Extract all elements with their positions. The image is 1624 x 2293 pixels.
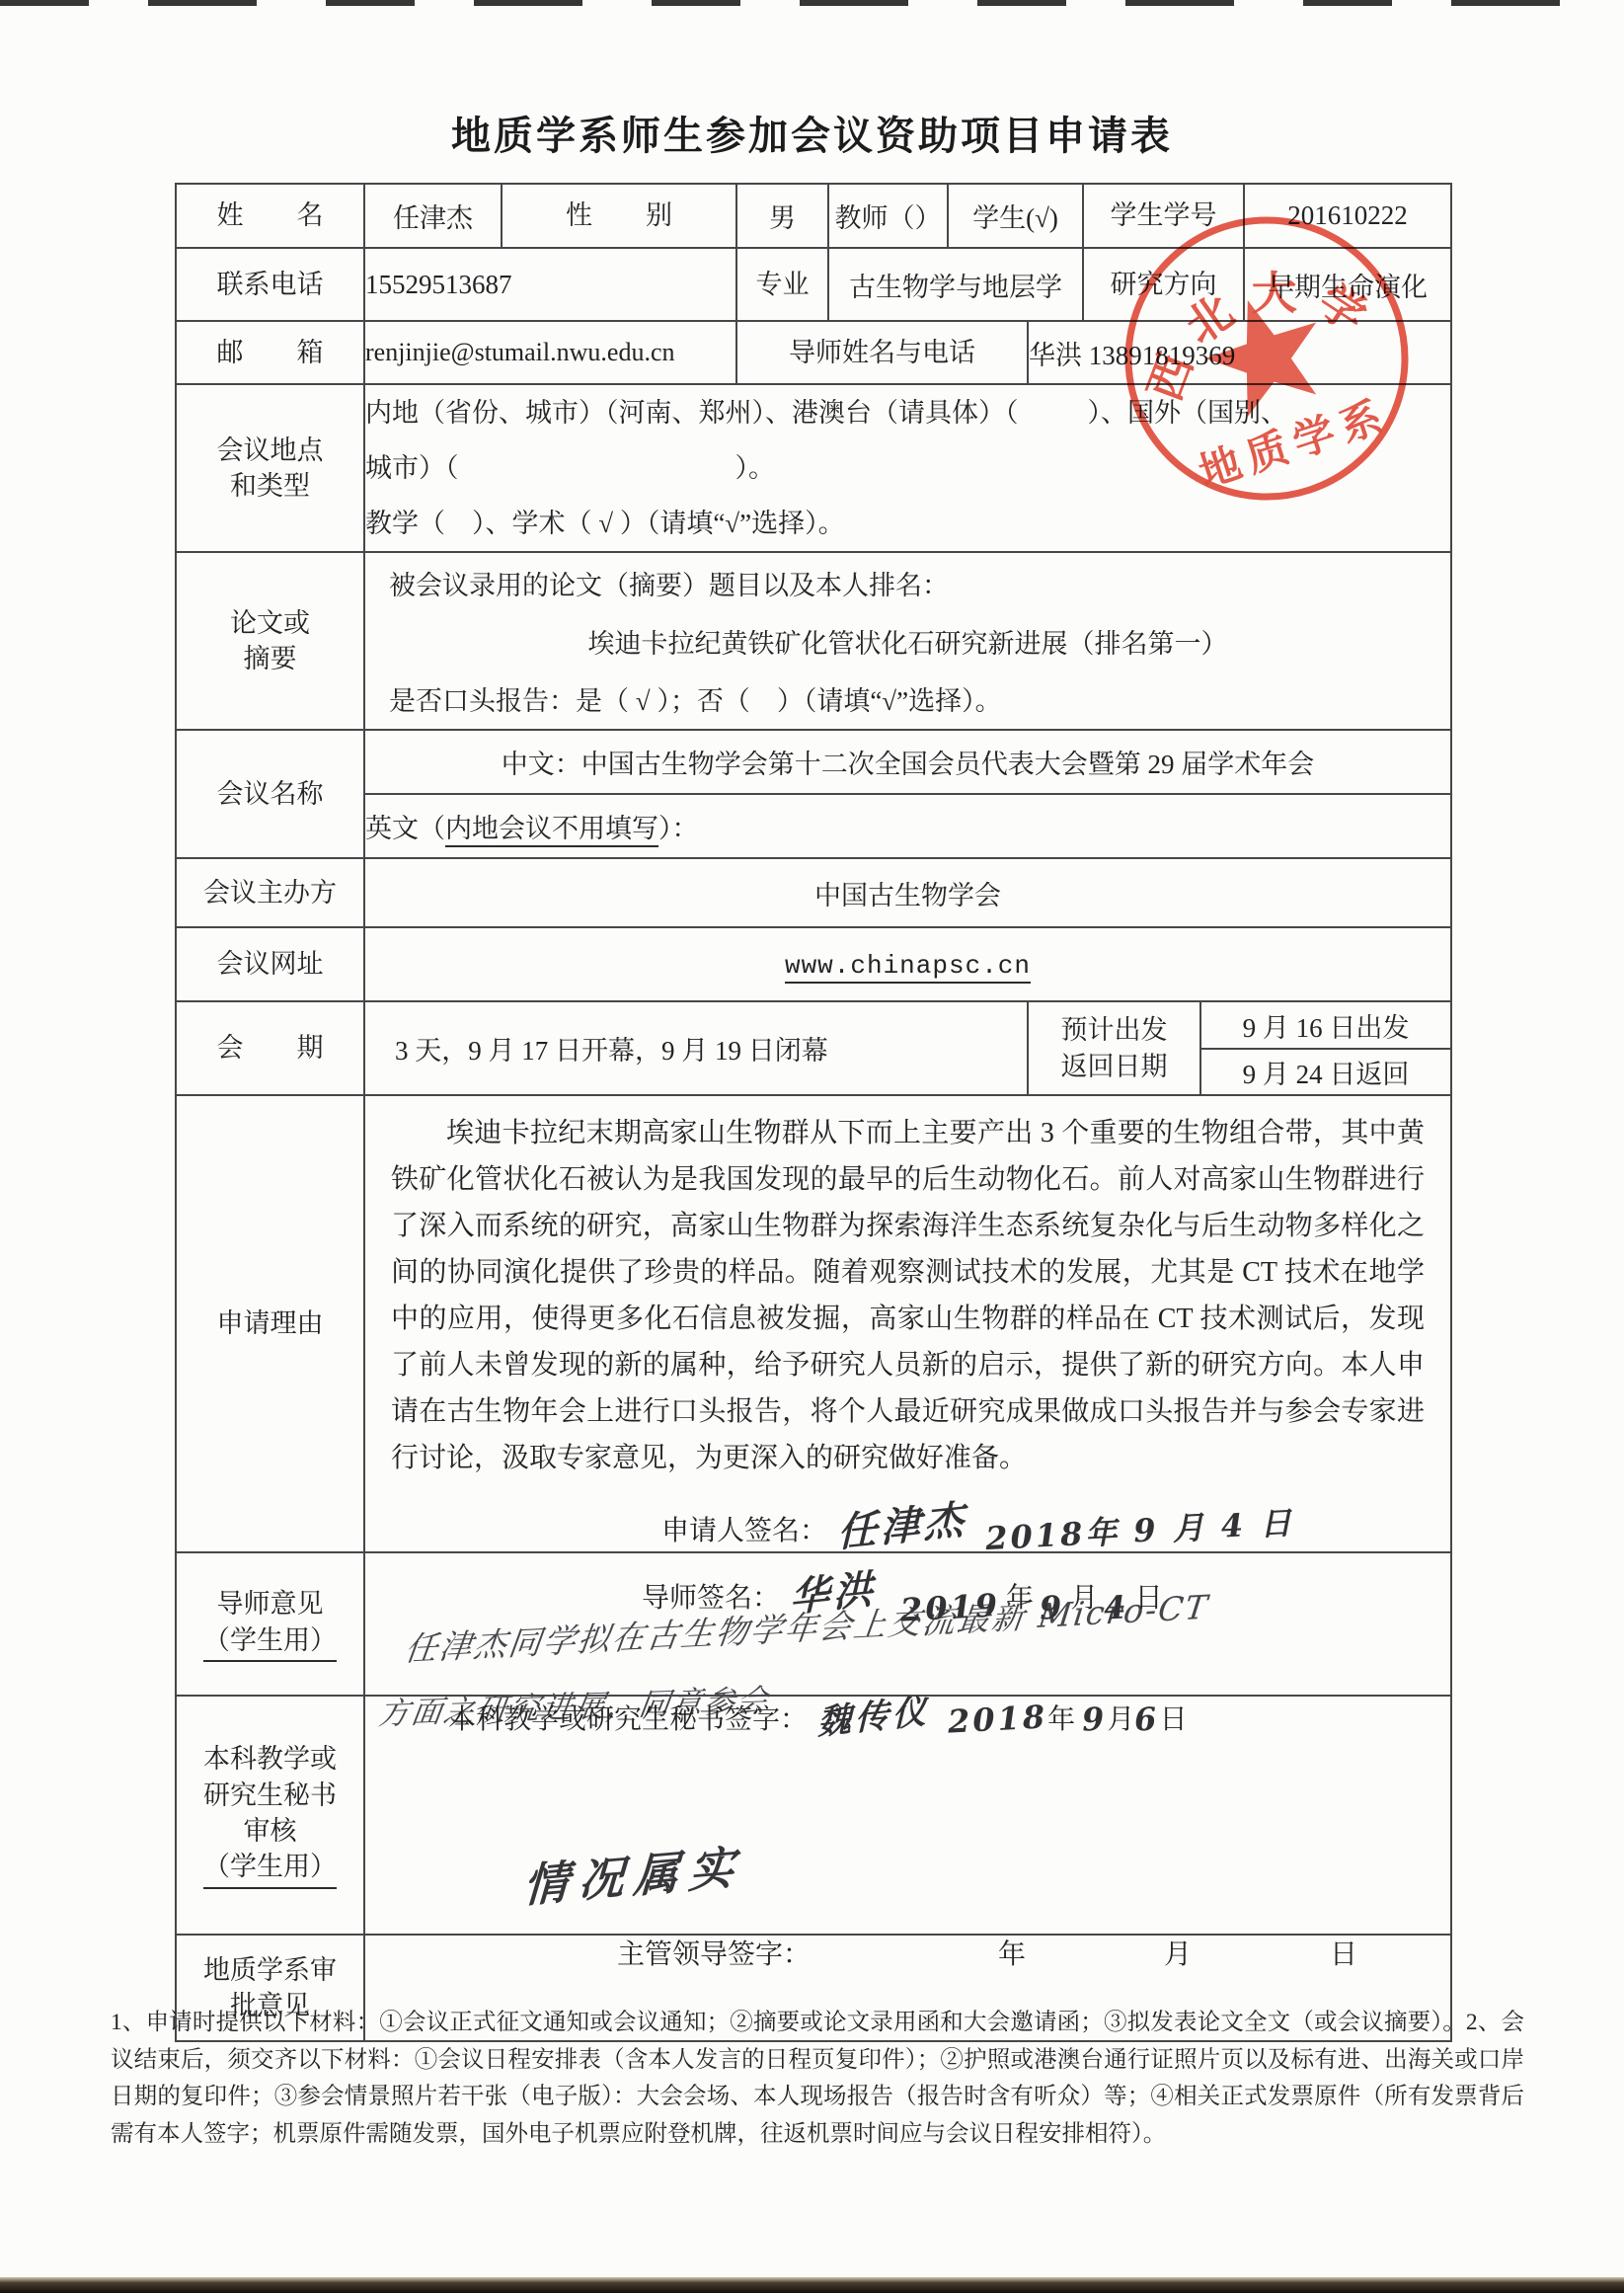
month-char: 月 <box>1107 1704 1134 1735</box>
advisor-opinion-label-paren: （学生用） <box>203 1622 337 1662</box>
conference-name-cn: 中文：中国古生物学会第十二次全国会员代表大会暨第 29 届学术年会 <box>364 730 1451 794</box>
paper-title: 埃迪卡拉纪黄铁矿化管状化石研究新进展（排名第一） <box>389 622 1427 661</box>
conf-en-suffix: ）： <box>658 814 699 843</box>
secretary-label-paren: （学生用） <box>203 1849 337 1888</box>
email-label: 邮 箱 <box>176 321 364 384</box>
month-char: 月 <box>1070 1583 1098 1614</box>
dept-label-line1: 地质学系审 <box>177 1952 363 1988</box>
scan-artifact-top <box>0 0 1624 6</box>
secretary-review-label: 本科教学或 研究生秘书 审核 （学生用） <box>176 1696 364 1935</box>
scanned-application-form: 地质学系师生参加会议资助项目申请表 姓 名 任津杰 性 别 男 教师（） 学生(… <box>0 0 1624 2293</box>
organizer-label: 会议主办方 <box>176 858 364 927</box>
location-line2a: 城市）（ <box>365 453 459 483</box>
location-content: 内地（省份、城市）（河南、郑州）、港澳台（请具体）（）、国外（国别、 城市）（）… <box>364 384 1451 552</box>
teacher-option: 教师（） <box>828 184 948 248</box>
dept-sign-line: 主管领导签字：年 月 日 <box>617 1933 1385 1972</box>
student-id-value: 201610222 <box>1244 184 1451 248</box>
advisor-opinion-label: 导师意见 （学生用） <box>176 1552 364 1696</box>
depart-label-line1: 预计出发 <box>1029 1012 1199 1048</box>
conf-en-note: 内地会议不用填写 <box>445 814 658 847</box>
application-table: 姓 名 任津杰 性 别 男 教师（） 学生(√) 学生学号 201610222 … <box>175 183 1452 2042</box>
location-label-line1: 会议地点 <box>177 433 363 468</box>
reason-paragraph: 埃迪卡拉纪末期高家山生物群从下而上主要产出 3 个重要的生物组合带，其中黄铁矿化… <box>365 1096 1450 1481</box>
name-value: 任津杰 <box>364 184 502 248</box>
secretary-sign-day-handwriting: 6 <box>1133 1700 1160 1738</box>
location-label-line2: 和类型 <box>177 468 363 504</box>
major-label: 专业 <box>736 248 828 321</box>
applicant-signature-handwriting: 任津杰 <box>837 1488 967 1558</box>
phone-value: 15529513687 <box>364 248 736 321</box>
location-label: 会议地点 和类型 <box>176 384 364 552</box>
secretary-label-line1: 本科教学或 <box>177 1741 363 1777</box>
secretary-sign-label: 本科教学或研究生秘书签字： <box>448 1704 808 1735</box>
advisor-label: 导师姓名与电话 <box>736 321 1028 384</box>
day-char: 日 <box>1160 1704 1188 1735</box>
paper-label-line1: 论文或 <box>177 605 363 641</box>
advisor-signature-handwriting: 华洪 <box>790 1557 877 1623</box>
dept-date-blank: 年 月 日 <box>998 1939 1385 1970</box>
student-id-label: 学生学号 <box>1083 184 1244 248</box>
paper-label: 论文或 摘要 <box>176 552 364 730</box>
name-label: 姓 名 <box>176 184 364 248</box>
advisor-opinion-label-line1: 导师意见 <box>177 1586 363 1621</box>
secretary-signature-handwriting: 魏传仪 <box>817 1684 929 1744</box>
advisor-sign-label: 导师签名： <box>642 1583 780 1614</box>
location-line1b: ）、国外（国别、 <box>1088 398 1288 428</box>
advisor-sign-month-handwriting: 9 <box>1039 1588 1065 1626</box>
year-char: 年 <box>1047 1704 1075 1735</box>
depart-return-label: 预计出发 返回日期 <box>1028 1001 1200 1095</box>
website-label: 会议网址 <box>176 927 364 1001</box>
website-value: www.chinapsc.cn <box>364 927 1451 1001</box>
page-title: 地质学系师生参加会议资助项目申请表 <box>0 105 1624 161</box>
location-line3: 教学（ ）、学术（ √ ）（请填“√”选择）。 <box>365 509 845 538</box>
phone-label: 联系电话 <box>176 248 364 321</box>
depart-label-line2: 返回日期 <box>1029 1049 1199 1084</box>
conf-en-prefix: 英文（ <box>365 814 445 843</box>
conference-name-en: 英文（内地会议不用填写）： <box>364 794 1451 858</box>
location-line1a: 内地（省份、城市）（河南、郑州）、港澳台（请具体）（ <box>365 398 1019 428</box>
oral-report-line: 是否口头报告：是（ √ ）；否（ ）（请填“√”选择）。 <box>389 679 1427 718</box>
secretary-label-line2: 研究生秘书 <box>177 1778 363 1813</box>
advisor-value: 华洪 13891819369 <box>1028 321 1451 384</box>
location-line2b: ）。 <box>735 453 776 483</box>
gender-value: 男 <box>736 184 828 248</box>
secretary-sign-line: 本科教学或研究生秘书签字：魏传仪2018年 9月6日 <box>448 1690 1188 1738</box>
applicant-sign-date-handwriting: 2018年 9 月 4 日 <box>984 1498 1295 1559</box>
major-value: 古生物学与地层学 <box>828 248 1083 321</box>
organizer-value: 中国古生物学会 <box>364 858 1451 927</box>
secretary-label-line3: 审核 <box>177 1813 363 1849</box>
secretary-sign-year-handwriting: 2018 <box>947 1698 1048 1740</box>
paper-label-line2: 摘要 <box>177 641 363 676</box>
advisor-sign-year-handwriting: 2019 <box>899 1586 1001 1628</box>
secretary-sign-month-handwriting: 9 <box>1081 1700 1108 1738</box>
paper-content: 被会议录用的论文（摘要）题目以及本人排名： 埃迪卡拉纪黄铁矿化管状化石研究新进展… <box>364 552 1451 730</box>
dept-sign-label: 主管领导签字： <box>617 1939 811 1970</box>
website-url: www.chinapsc.cn <box>785 951 1031 984</box>
reason-label: 申请理由 <box>176 1095 364 1552</box>
duration-label: 会 期 <box>176 1001 364 1095</box>
depart-date: 9 月 16 日出发 <box>1200 1001 1451 1049</box>
duration-value: 3 天，9 月 17 日开幕，9 月 19 日闭幕 <box>364 1001 1028 1095</box>
research-value: 早期生命演化 <box>1244 248 1451 321</box>
advisor-sign-line: 导师签名：华洪2019年9月4日 <box>642 1562 1163 1619</box>
scan-artifact-bottom <box>0 2277 1624 2293</box>
applicant-sign-line: 申请人签名：任津杰2018年 9 月 4 日 <box>365 1495 1450 1551</box>
footer-notes: 1、申请时提供以下材料：①会议正式征文通知或会议通知；②摘要或论文录用函和大会邀… <box>111 2005 1524 2153</box>
conference-name-label: 会议名称 <box>176 730 364 858</box>
applicant-sign-label: 申请人签名： <box>661 1516 827 1546</box>
student-option: 学生(√) <box>948 184 1083 248</box>
secretary-review-content: 情况属实 本科教学或研究生秘书签字：魏传仪2018年 9月6日 <box>364 1696 1451 1935</box>
year-char: 年 <box>1006 1583 1034 1614</box>
return-date: 9 月 24 日返回 <box>1200 1049 1451 1095</box>
day-char: 日 <box>1135 1583 1163 1614</box>
email-value: renjinjie@stumail.nwu.edu.cn <box>364 321 736 384</box>
research-label: 研究方向 <box>1083 248 1244 321</box>
reason-content: 埃迪卡拉纪末期高家山生物群从下而上主要产出 3 个重要的生物组合带，其中黄铁矿化… <box>364 1095 1451 1552</box>
secretary-comment-handwriting: 情况属实 <box>522 1831 746 1916</box>
advisor-sign-day-handwriting: 4 <box>1103 1588 1129 1626</box>
advisor-opinion-content: 任津杰同学拟在古生物学年会上交流最新 Micro-CT 方面之研究进展，同意参会… <box>364 1552 1451 1696</box>
paper-prompt: 被会议录用的论文（摘要）题目以及本人排名： <box>389 564 1427 602</box>
gender-label: 性 别 <box>502 184 736 248</box>
